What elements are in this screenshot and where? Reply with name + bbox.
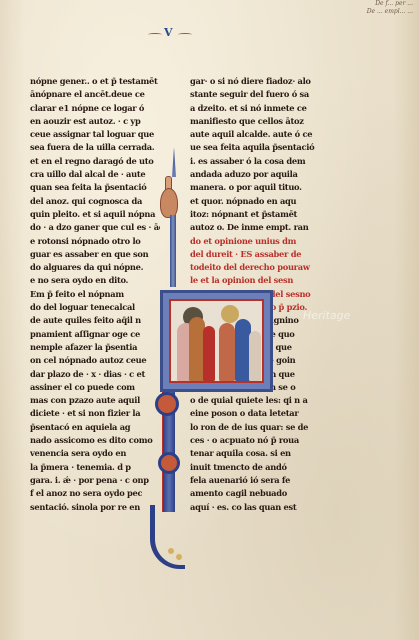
text-line: sentació. sinola por re en [30, 501, 160, 514]
text-line: del anoz. qui cognosca da [30, 195, 160, 208]
text-line: a dzeito. et si nó inmete ce [190, 102, 320, 115]
text-line: en se o [265, 381, 320, 394]
initial-miniature [169, 299, 264, 383]
text-line: sea fuera de la uilla cerrada. [30, 141, 160, 154]
text-line: pnamient aſſignar oge ce [30, 328, 160, 341]
running-head-letter: V [164, 26, 173, 39]
text-line: nado assicomo es dito como [30, 434, 160, 447]
text-line: lo ron de de ius quar: se de [190, 421, 320, 434]
text-line: do · a dzo ganer que cul es · āc [30, 221, 160, 234]
text-line: andada aduzo por aquila [190, 168, 320, 181]
figure [219, 323, 235, 381]
text-line: manifiesto que cellos ātoz [190, 115, 320, 128]
text-line: e rotonsi nópnado otro lo [30, 235, 160, 248]
text-line: la p̄mera · tenemia. d p [30, 461, 160, 474]
margin-annotation: De f... per ... De ... empl... ... [323, 0, 413, 16]
text-line: ānópnare el ancēt.deue ce [30, 88, 160, 101]
text-line: cra uillo dal alcal de · aute [30, 168, 160, 181]
text-line: del dureit · ES assaber de [190, 248, 320, 261]
spire-ornament-icon [172, 147, 176, 177]
text-line: manera. o por aquil tituo. [190, 181, 320, 194]
margin-note-line: De ... empl... ... [323, 8, 413, 16]
running-head: V [148, 28, 192, 40]
text-line: aute aquil alcalde. aute ó ce [190, 128, 320, 141]
flourish-left-icon [148, 33, 162, 36]
heron-drollery-icon [160, 188, 178, 218]
text-line: autoz o. De inme empt. ran [190, 221, 320, 234]
text-line: guar es assaber en que son [30, 248, 160, 261]
text-line: on cel nópnado autoz ceue [30, 354, 160, 367]
text-line: quin pleito. et si aquil nópna [30, 208, 160, 221]
text-line: eine poson o data letetar [190, 407, 320, 420]
text-line: ceue assignar tal loguar que [30, 128, 160, 141]
historiated-initial [160, 290, 273, 392]
gold-boss-icon [168, 548, 174, 554]
left-text-column: nópne gener.. o et p̄ testamētānópnare e… [30, 75, 160, 514]
text-line: nemple afazer la p̄sentia [30, 341, 160, 354]
border-bar [170, 215, 176, 287]
text-line: do alguares da qui nópne. [30, 261, 160, 274]
text-line: Em p̄ feito el nópnam [30, 288, 160, 301]
text-line: assiner el co puede com [30, 381, 160, 394]
flourish-right-icon [178, 33, 192, 36]
text-line: clarar e1 nópne ce logar ó [30, 102, 160, 115]
text-line: amento cagil nebuado [190, 487, 320, 500]
text-line: de quo [265, 328, 320, 341]
text-line: et en el regno daragó de uto [30, 155, 160, 168]
text-line: on que [265, 368, 320, 381]
text-line: do et opinione unius dm [190, 235, 320, 248]
text-line: stante seguir del fuero ó sa [190, 88, 320, 101]
text-line: tenar aquila cosa. si en [190, 447, 320, 460]
text-line: en aouzir est autoz. · c yp [30, 115, 160, 128]
text-line: te goin [265, 354, 320, 367]
text-line: diciete · et si non fizier la [30, 407, 160, 420]
manuscript-page: De f... per ... De ... empl... ... V nóp… [0, 0, 419, 640]
text-line: p̄sentacó en aquiela ag [30, 421, 160, 434]
text-line: nópne gener.. o et p̄ testamēt [30, 75, 160, 88]
spiral-ornament-icon [158, 452, 180, 474]
text-line: ue sea feita aquila p̄sentació [190, 141, 320, 154]
text-line: le et la opinion del sesn [190, 274, 320, 287]
text-line: et quor. nópnado en aqu [190, 195, 320, 208]
text-line: aquí · es. co las quan est [190, 501, 320, 514]
text-line: todeito del derecho pouraw [190, 261, 320, 274]
text-line: venencia sera oydo en [30, 447, 160, 460]
figure [249, 331, 261, 381]
text-line: gar· o si nó diere fiadoz· alo [190, 75, 320, 88]
text-line: quan sea feita la p̄sentació [30, 181, 160, 194]
gold-boss-icon [176, 554, 182, 560]
halo-icon [221, 305, 239, 323]
text-line: e no sera oydo en dito. [30, 274, 160, 287]
text-line: i. es assaber ó la cosa dem [190, 155, 320, 168]
text-line: gara. i. ǽ · por pena · c onp [30, 474, 160, 487]
text-line: de aute quiles feito aq̄il n [30, 314, 160, 327]
text-line: f el anoz no sera oydo pec [30, 487, 160, 500]
text-line: ces · o acpuato nó p̄ roua [190, 434, 320, 447]
text-line: al que [265, 341, 320, 354]
text-line: itoz: nópnant et p̄stamēt [190, 208, 320, 221]
watermark: Heritage [303, 309, 350, 322]
text-line: mas con pzazo aute aquil [30, 394, 160, 407]
text-line: dar plazo de · x · dias · c et [30, 368, 160, 381]
text-line: o de quial quiete les: qi n a [190, 394, 320, 407]
text-line: fela auenarió ió sera fe [190, 474, 320, 487]
text-line: inuit tmencto de andó [190, 461, 320, 474]
figure [203, 326, 215, 381]
text-line: do del loguar tenecalcal [30, 301, 160, 314]
spiral-ornament-icon [155, 392, 179, 416]
margin-note-line: De f... per ... [323, 0, 413, 8]
